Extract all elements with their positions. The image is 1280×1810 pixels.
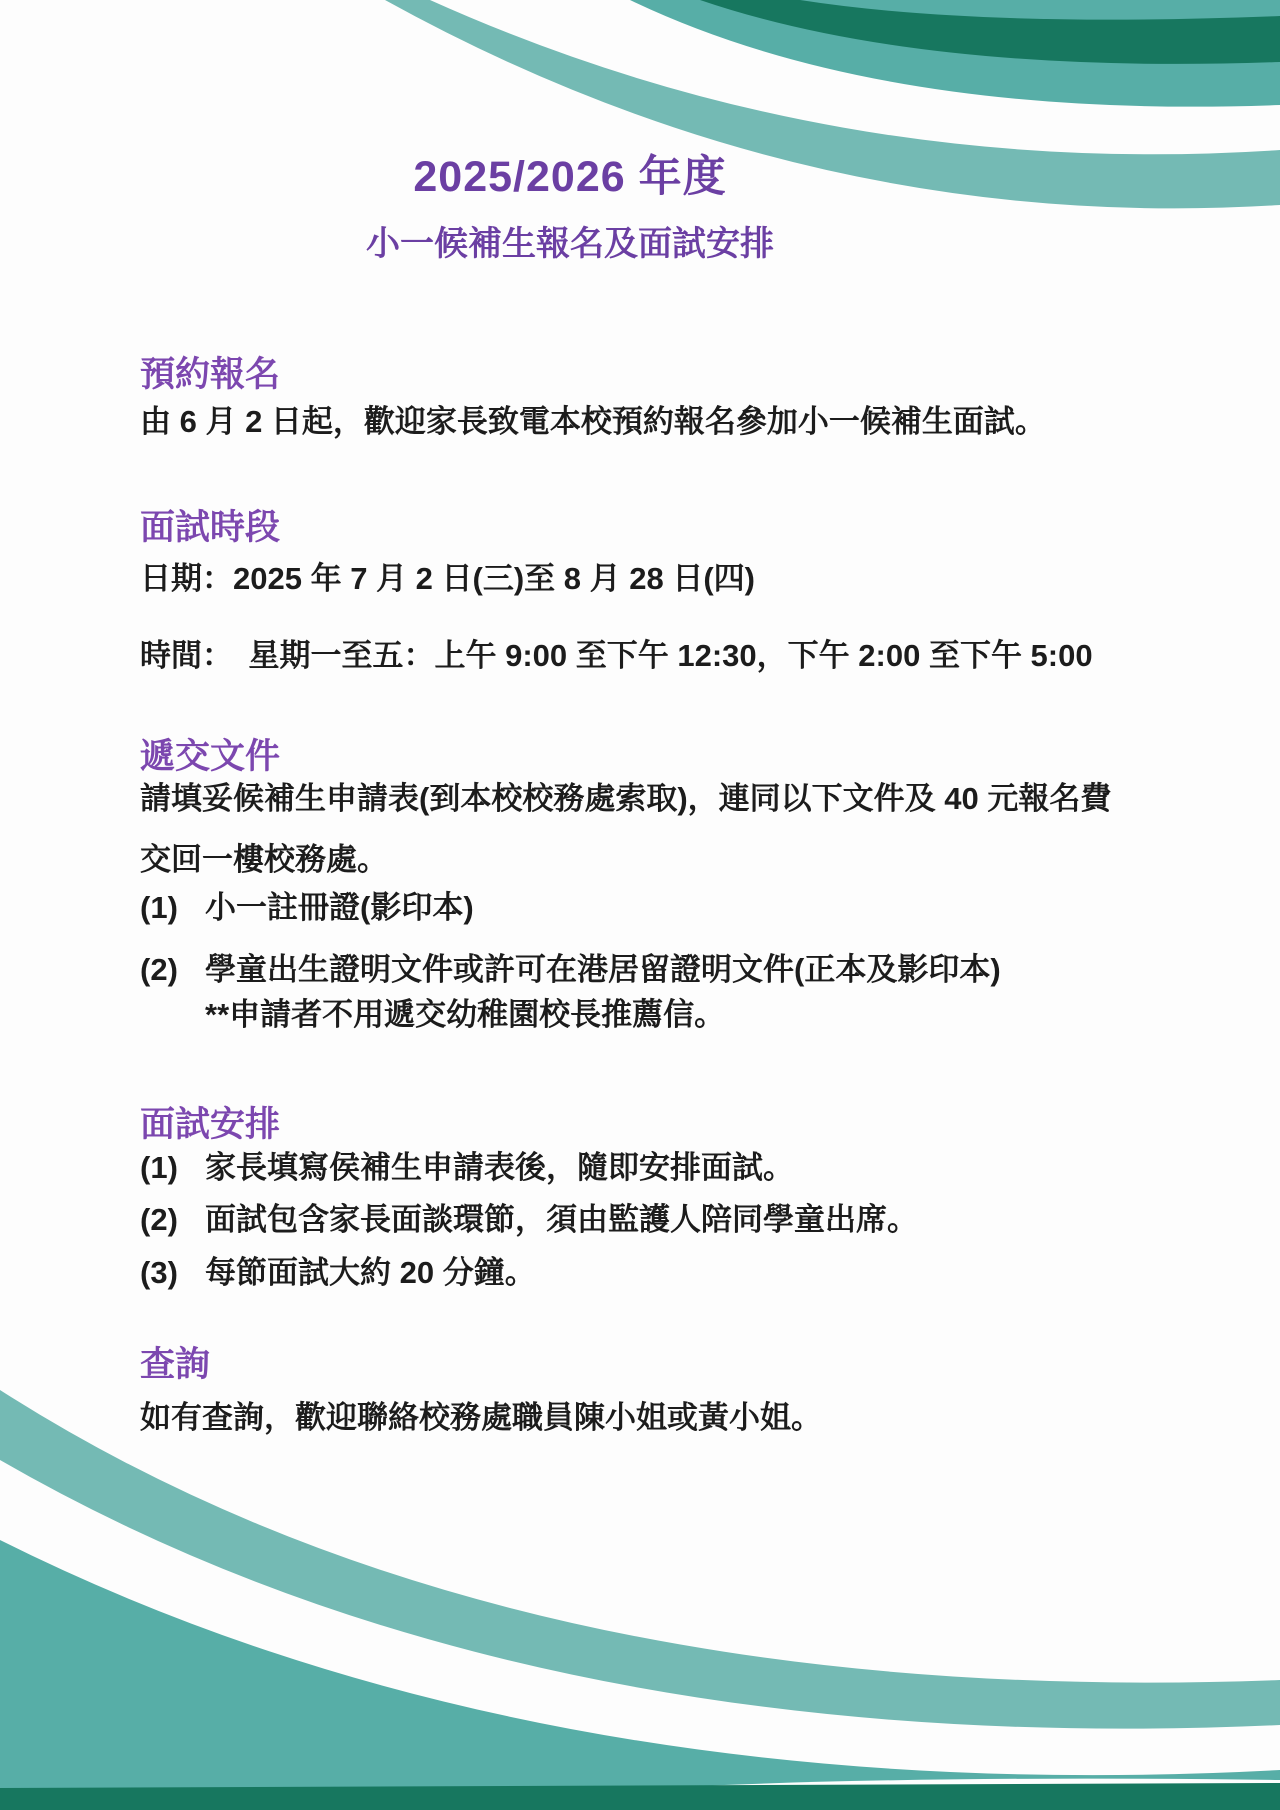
top-wave-dark-band xyxy=(700,0,1280,64)
list-item-text: 家長填寫侯補生申請表後，隨即安排面試。 xyxy=(205,1150,794,1185)
list-item-text: 面試包含家長面談環節，須由監護人陪同學童出席。 xyxy=(205,1202,918,1237)
body-line: 如有查詢，歡迎聯絡校務處職員陳小姐或黃小姐。 xyxy=(140,1399,822,1436)
section-heading-enquiry: 查詢 xyxy=(140,1337,210,1387)
bottom-wave-white-gap xyxy=(0,1460,1280,1810)
bottom-wave-outer-band xyxy=(0,1390,1280,1810)
list-item-text: 學童出生證明文件或許可在港居留證明文件(正本及影印本) xyxy=(205,952,1001,987)
bottom-wave-white-sliver xyxy=(380,1779,1280,1810)
list-item: (3)每節面試大約 20 分鐘。 xyxy=(140,1254,536,1291)
list-marker: (2) xyxy=(140,951,205,988)
footnote-line: **申請者不用遞交幼稚園校長推薦信。 xyxy=(205,996,725,1033)
bottom-wave-decoration xyxy=(0,1380,1280,1810)
body-line: 請填妥候補生申請表(到本校校務處索取)，連同以下文件及 40 元報名費 xyxy=(140,780,1111,817)
list-item: (1)小一註冊證(影印本) xyxy=(140,889,474,926)
bottom-wave-teal-band xyxy=(0,1540,1280,1810)
body-line: 由 6 月 2 日起，歡迎家長致電本校預約報名參加小一候補生面試。 xyxy=(140,403,1046,440)
body-line: 交回一樓校務處。 xyxy=(140,841,388,878)
top-wave-teal-band xyxy=(630,0,1280,107)
list-marker: (1) xyxy=(140,889,205,926)
list-item-text: 小一註冊證(影印本) xyxy=(205,890,474,925)
list-item-text: 每節面試大約 20 分鐘。 xyxy=(205,1255,536,1290)
top-wave-corner xyxy=(800,0,1280,20)
page-title: 2025/2026 年度 xyxy=(0,143,1140,204)
bottom-dark-bar xyxy=(0,1783,1280,1810)
list-marker: (3) xyxy=(140,1254,205,1291)
section-heading-documents: 遞交文件 xyxy=(140,729,280,779)
section-heading-interview-period: 面試時段 xyxy=(140,500,280,550)
list-item: (2)學童出生證明文件或許可在港居留證明文件(正本及影印本) xyxy=(140,951,1001,988)
page-subtitle: 小一候補生報名及面試安排 xyxy=(0,216,1140,265)
body-line-time: 時間： 星期一至五：上午 9:00 至下午 12:30，下午 2:00 至下午 … xyxy=(140,637,1093,674)
top-wave-white-gap xyxy=(430,0,1280,154)
list-item: (1)家長填寫侯補生申請表後，隨即安排面試。 xyxy=(140,1149,794,1186)
section-heading-booking: 預約報名 xyxy=(140,347,280,397)
list-item: (2)面試包含家長面談環節，須由監護人陪同學童出席。 xyxy=(140,1201,918,1238)
list-marker: (1) xyxy=(140,1149,205,1186)
section-heading-arrangement: 面試安排 xyxy=(140,1097,280,1147)
list-marker: (2) xyxy=(140,1201,205,1238)
body-line-date: 日期：2025 年 7 月 2 日(三)至 8 月 28 日(四) xyxy=(140,560,755,597)
notice-page: 2025/2026 年度 小一候補生報名及面試安排 預約報名 由 6 月 2 日… xyxy=(0,0,1280,1810)
